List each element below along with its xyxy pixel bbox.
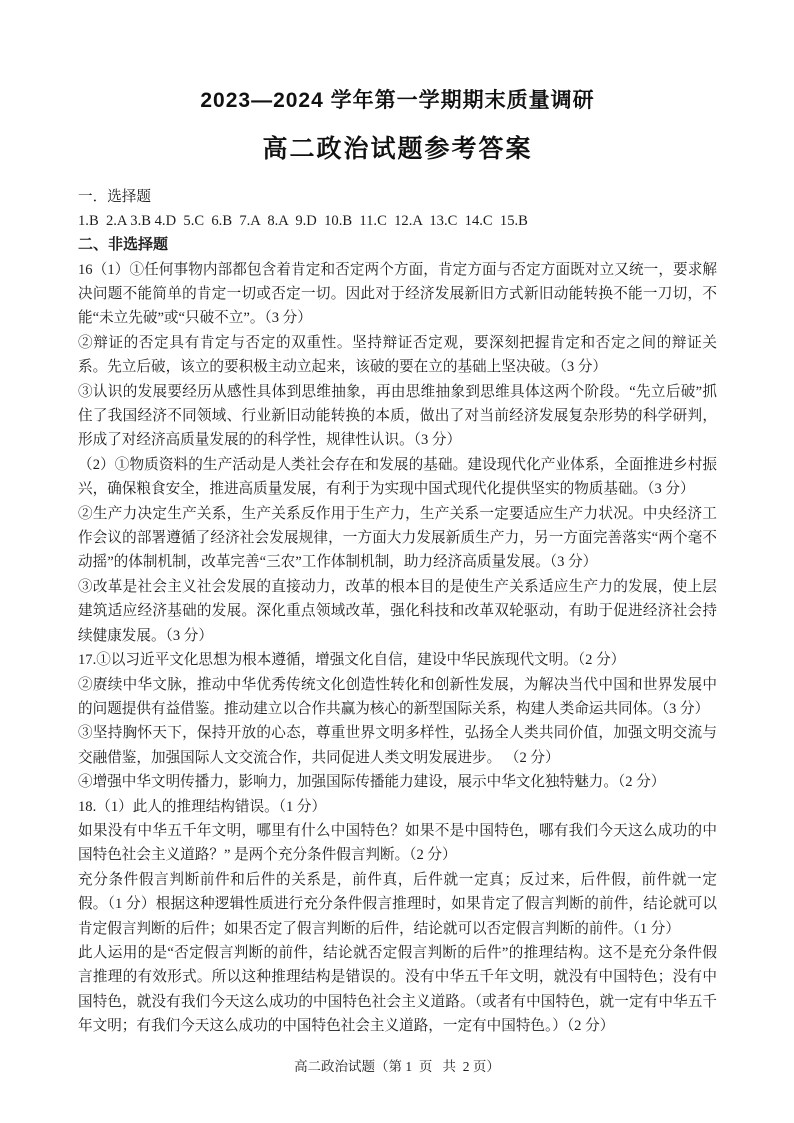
page-title: 2023—2024 学年第一学期期末质量调研 [78, 84, 717, 114]
answer-paragraph-17-1: 17.①以习近平文化思想为根本遵循，增强文化自信，建设中华民族现代文明。（2 分… [78, 648, 717, 672]
answer-paragraph-17-3: ③坚持胸怀天下，保持开放的心态，尊重世界文明多样性，弘扬全人类共同价值，加强文明… [78, 721, 717, 770]
answer-paragraph-16-2-2: ②生产力决定生产关系，生产关系反作用于生产力，生产关系一定要适应生产力状况。中央… [78, 502, 717, 575]
answer-paragraph-17-4: ④增强中华文明传播力，影响力，加强国际传播能力建设，展示中华文化独特魅力。（2 … [78, 770, 717, 794]
essay-section-heading: 二、非选择题 [78, 233, 717, 257]
answer-paragraph-17-2: ②赓续中华文脉，推动中华优秀传统文化创造性转化和创新性发展，为解决当代中国和世界… [78, 673, 717, 722]
page-subtitle: 高二政治试题参考答案 [78, 129, 717, 165]
answer-paragraph-18-3: 充分条件假言判断前件和后件的关系是，前件真，后件就一定真；反过来，后件假，前件就… [78, 868, 717, 941]
choice-answers-line: 1.B 2.A 3.B 4.D 5.C 6.B 7.A 8.A 9.D 10.B… [78, 209, 717, 233]
answer-paragraph-16-2-3: ③改革是社会主义社会发展的直接动力，改革的根本目的是使生产关系适应生产力的发展，… [78, 575, 717, 648]
document-body: 一．选择题 1.B 2.A 3.B 4.D 5.C 6.B 7.A 8.A 9.… [78, 185, 717, 1039]
answer-paragraph-16-2-1: （2）①物质资料的生产活动是人类社会存在和发展的基础。建设现代化产业体系，全面推… [78, 453, 717, 502]
answer-paragraph-18-2: 如果没有中华五千年文明，哪里有什么中国特色？如果不是中国特色，哪有我们今天这么成… [78, 819, 717, 868]
answer-paragraph-18-4: 此人运用的是“否定假言判断的前件，结论就否定假言判断的后件”的推理结构。这不是充… [78, 941, 717, 1039]
exam-answer-page: 2023—2024 学年第一学期期末质量调研 高二政治试题参考答案 一．选择题 … [0, 0, 794, 1123]
choice-section-heading: 一．选择题 [78, 185, 717, 209]
answer-paragraph-16-1-2: ②辩证的否定具有肯定与否定的双重性。坚持辩证否定观，要深刻把握肯定和否定之间的辩… [78, 331, 717, 380]
answer-paragraph-18-1: 18.（1）此人的推理结构错误。（1 分） [78, 795, 717, 819]
answer-paragraph-16-1-3: ③认识的发展要经历从感性具体到思维抽象，再由思维抽象到思维具体这两个阶段。“先立… [78, 380, 717, 453]
page-footer: 高二政治试题（第 1 页 共 2 页） [0, 1055, 794, 1075]
answer-paragraph-16-1-1: 16（1）①任何事物内部都包含着肯定和否定两个方面，肯定方面与否定方面既对立又统… [78, 258, 717, 331]
